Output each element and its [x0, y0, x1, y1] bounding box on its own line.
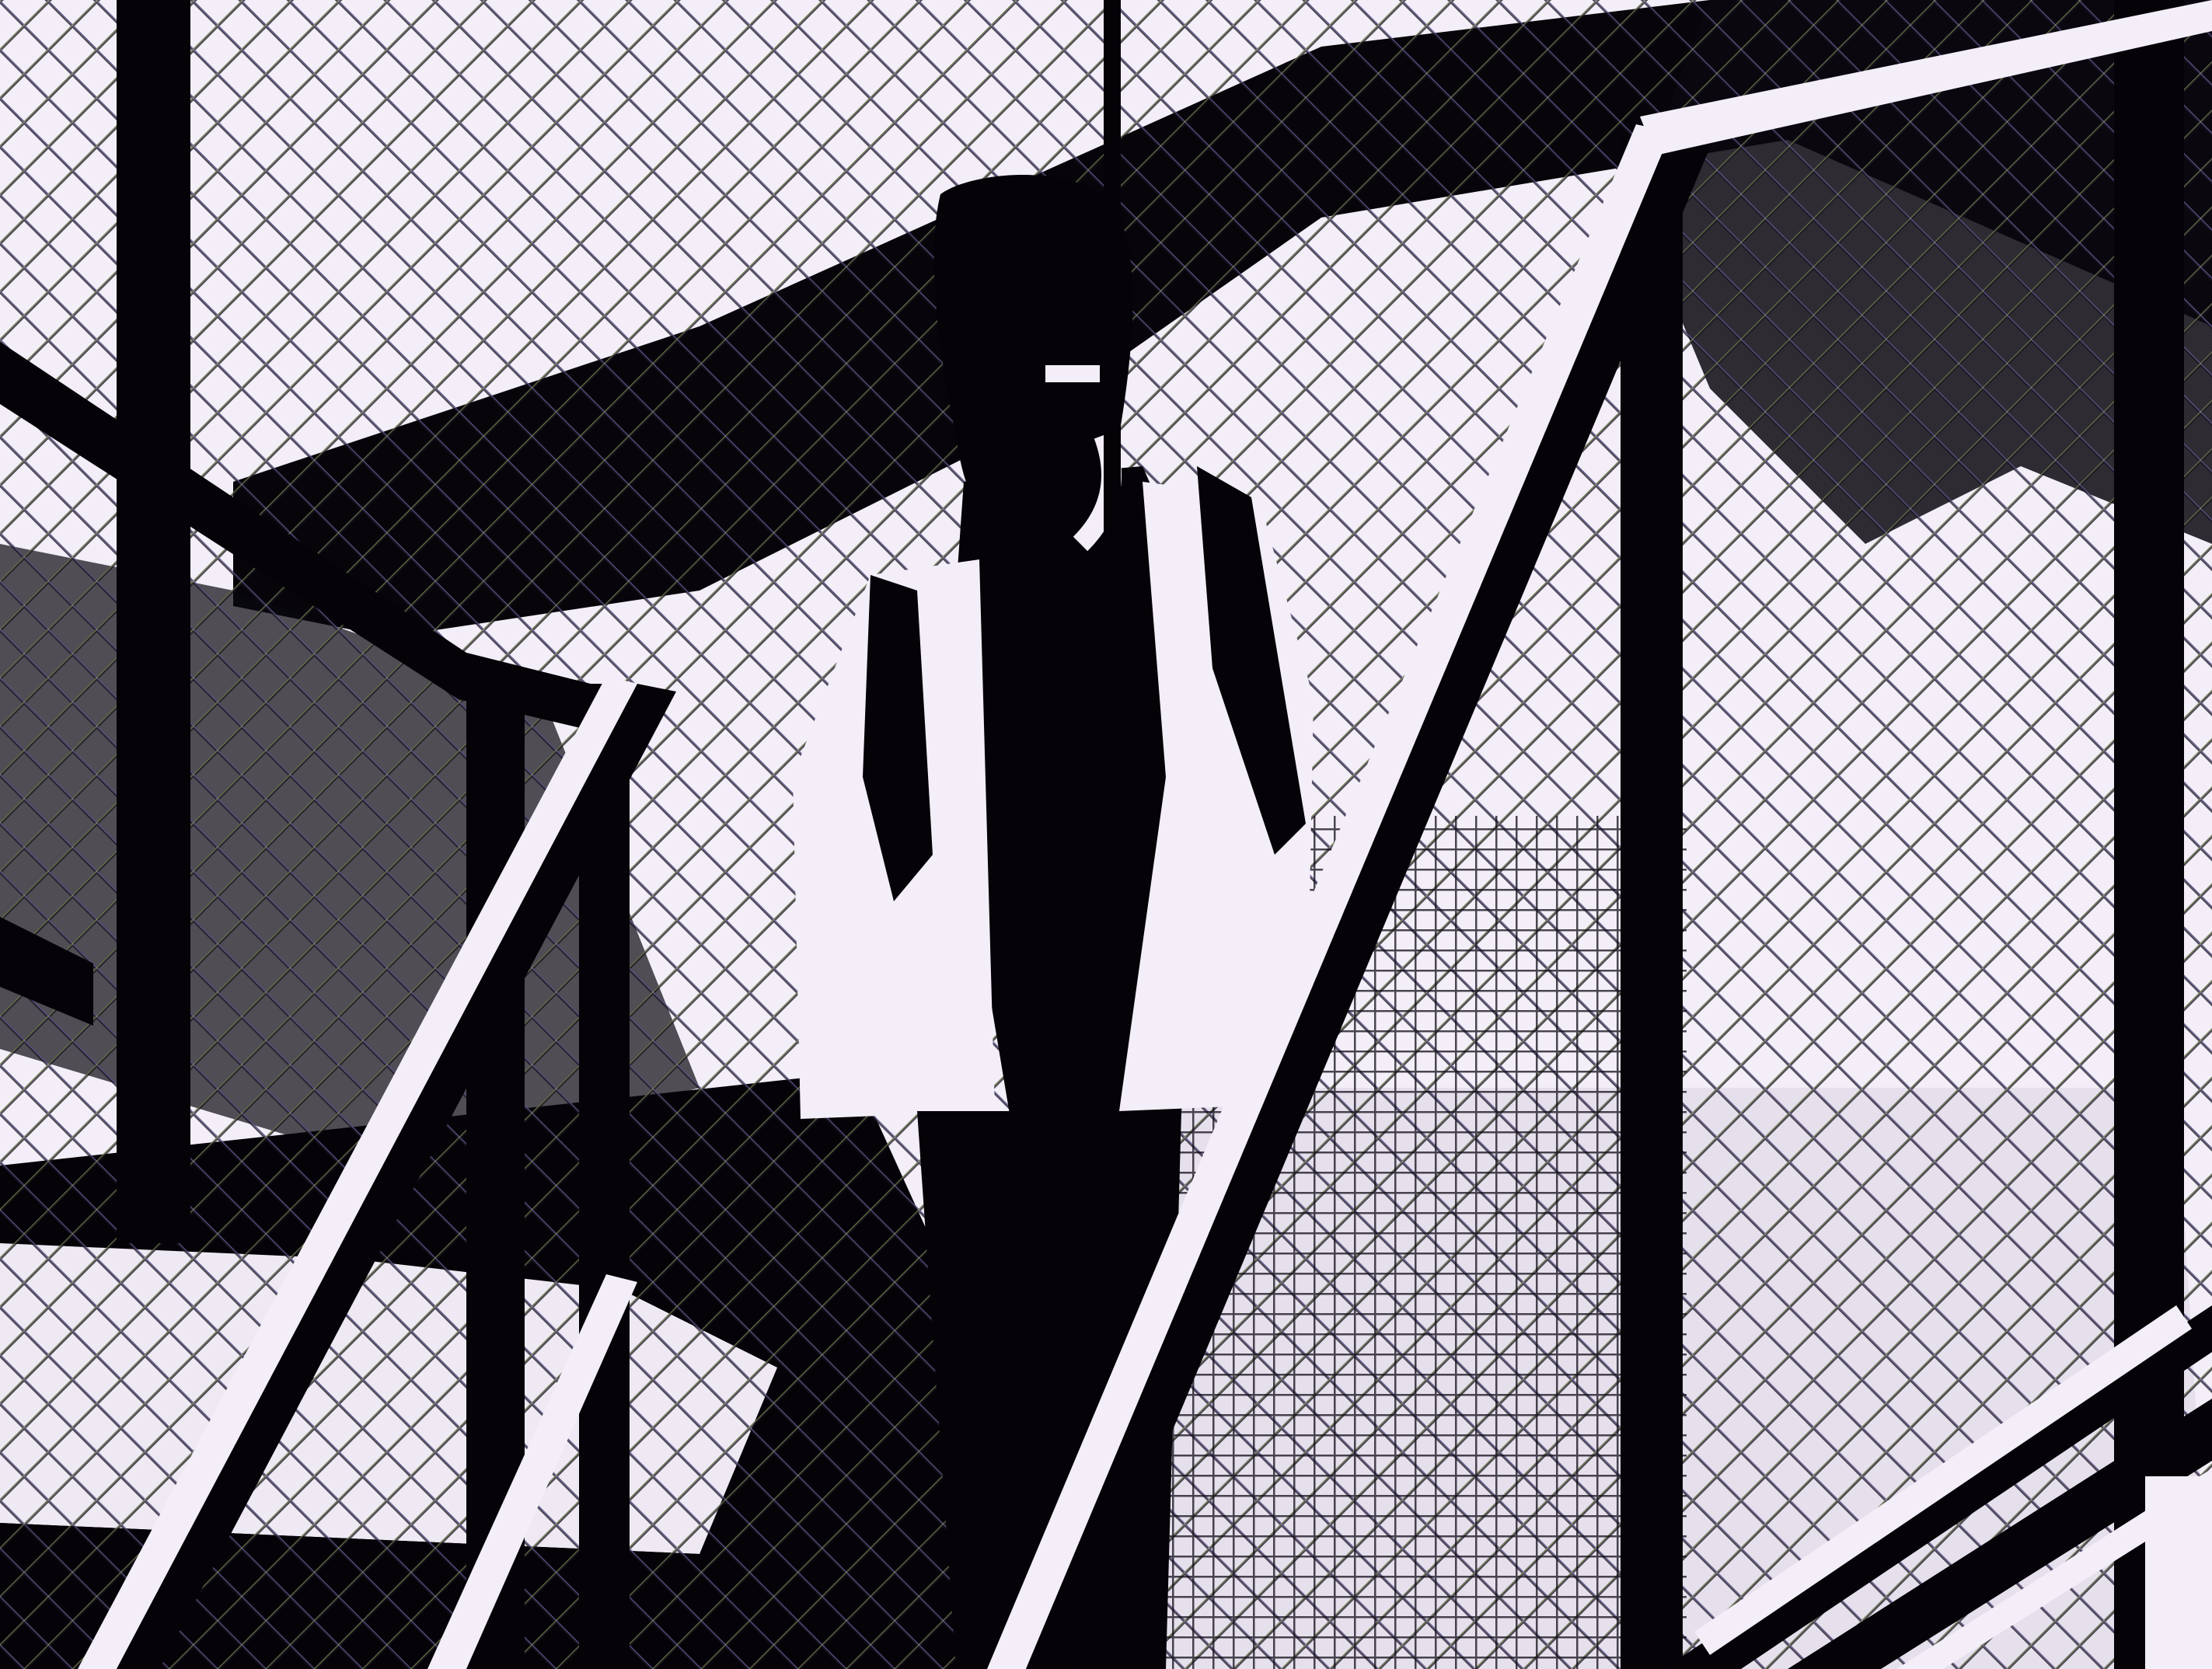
- photograph: Figure standing behind a chain-link fenc…: [0, 0, 2212, 1669]
- fence-post-far-right: [2114, 0, 2184, 1669]
- face-highlight: [1045, 365, 1100, 382]
- fence-post-center: [1104, 0, 1121, 932]
- right-floor-bright: [2145, 1476, 2212, 1669]
- fence-post-left: [117, 0, 190, 1243]
- fence-post-right: [1621, 140, 1683, 1669]
- photo-canvas: [0, 0, 2212, 1669]
